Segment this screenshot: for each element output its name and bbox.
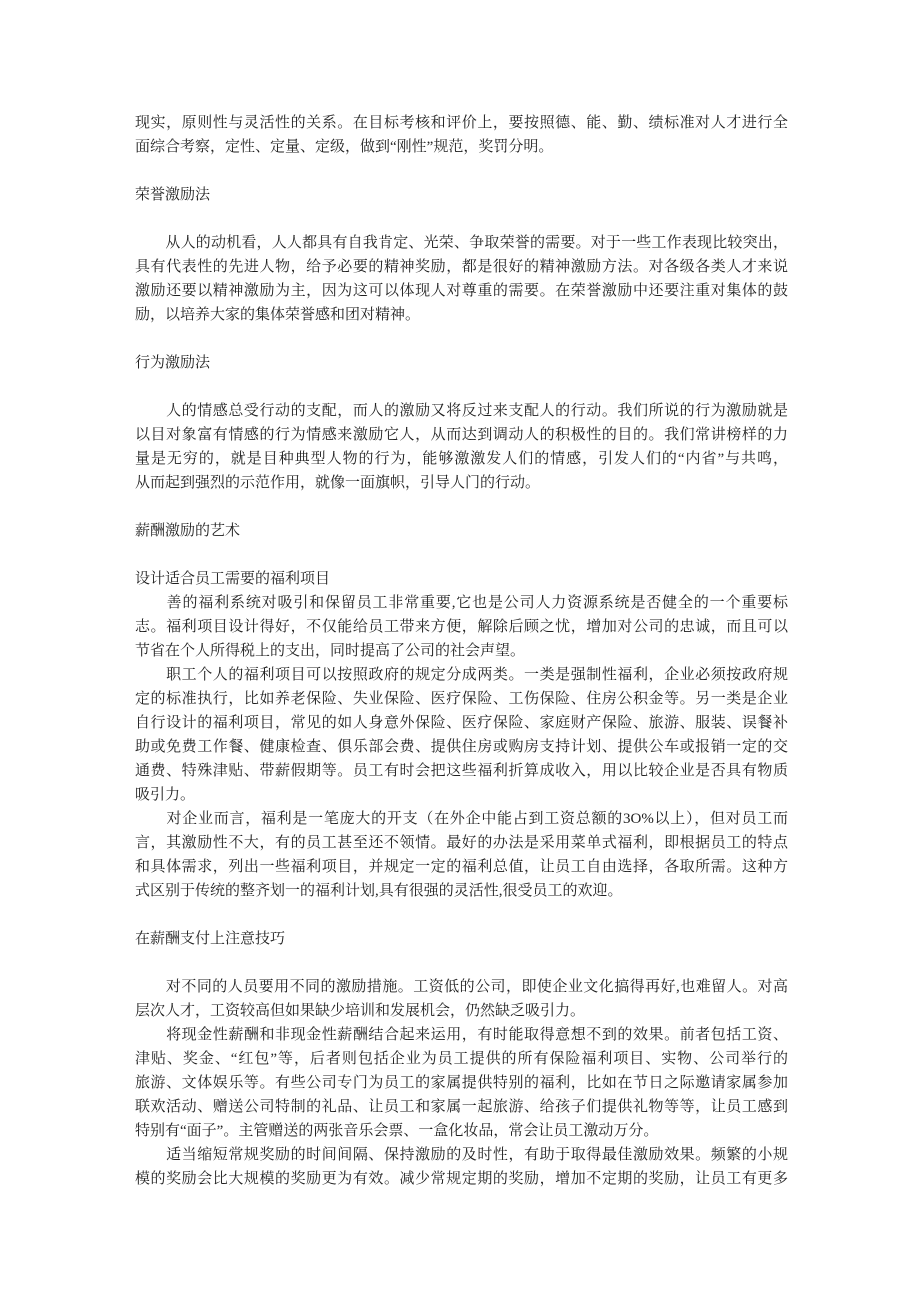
text-line: 励，以培养大家的集体荣誉感和团对精神。 [135,303,788,327]
text-line: 适当缩短常规奖励的时间间隔、保持激励的及时性，有助于取得最佳激励效果。频繁的小规 [135,1143,788,1167]
text-line: 式区别于传统的整齐划一的福利计划,具有很强的灵活性,很受员工的欢迎。 [135,879,788,903]
text-line: 吸引力。 [135,783,788,807]
paragraph: 将现金性薪酬和非现金性薪酬结合起来运用，有时能取得意想不到的效果。前者包括工资、… [135,1023,788,1143]
paragraph: 善的福利系统对吸引和保留员工非常重要,它也是公司人力资源系统是否健全的一个重要标… [135,591,788,663]
section-heading: 行为激励法 [135,351,788,375]
text-line: 层次人才，工资较高但如果缺少培训和发展机会，仍然缺乏吸引力。 [135,999,788,1023]
text-line: 现实，原则性与灵活性的关系。在目标考核和评价上，要按照德、能、勤、绩标准对人才进… [135,111,788,135]
blank-line [135,495,788,519]
text-line: 具有代表性的先进人物，给予必要的精神奖励，都是很好的精神激励方法。对各级各类人才… [135,255,788,279]
text-line: 节省在个人所得税上的支出，同时提高了公司的社会声望。 [135,639,788,663]
paragraph: 对不同的人员要用不同的激励措施。工资低的公司，即使企业文化搞得再好,也难留人。对… [135,975,788,1023]
text-line: 面综合考察，定性、定量、定级，做到“刚性”规范，奖罚分明。 [135,135,788,159]
text-line: 联欢活动、赠送公司特制的礼品、让员工和家属一起旅游、给孩子们提供礼物等等，让员工… [135,1095,788,1119]
text-line: 量是无穷的，就是目种典型人物的行为，能够激激发人们的情感，引发人们的“内省”与共… [135,447,788,471]
blank-line [135,327,788,351]
blank-line [135,951,788,975]
paragraph: 从人的动机看，人人都具有自我肯定、光荣、争取荣誉的需要。对于一些工作表现比较突出… [135,231,788,327]
heading-text: 设计适合员工需要的福利项目 [135,567,788,591]
text-line: 通费、特殊津贴、带薪假期等。员工有时会把这些福利折算成收入，用以比较企业是否具有… [135,759,788,783]
text-line: 自行设计的福利项目，常见的如人身意外保险、医疗保险、家庭财产保险、旅游、服装、误… [135,711,788,735]
blank-line [135,543,788,567]
text-line: 以目对象富有情感的行为情感来激励它人，从而达到调动人的积极性的目的。我们常讲榜样… [135,423,788,447]
text-line: 志。福利项目设计得好，不仅能给员工带来方便，解除后顾之忧，增加对公司的忠诚，而且… [135,615,788,639]
paragraph: 人的情感总受行动的支配，而人的激励又将反过来支配人的行动。我们所说的行为激励就是… [135,399,788,495]
heading-text: 荣誉激励法 [135,183,788,207]
blank-line [135,159,788,183]
text-line: 特别有“面子”。主管赠送的两张音乐会票、一盒化妆品，常会让员工激动万分。 [135,1119,788,1143]
text-line: 善的福利系统对吸引和保留员工非常重要,它也是公司人力资源系统是否健全的一个重要标 [135,591,788,615]
document-page: 现实，原则性与灵活性的关系。在目标考核和评价上，要按照德、能、勤、绩标准对人才进… [0,0,920,1301]
text-line: 助或免费工作餐、健康检查、俱乐部会费、提供住房或购房支持计划、提供公车或报销一定… [135,735,788,759]
text-line: 对企业而言，福利是一笔庞大的开支（在外企中能占到工资总额的3O%以上），但对员工… [135,807,788,831]
section-heading: 荣誉激励法 [135,183,788,207]
text-line: 旅游、文体娱乐等。有些公司专门为员工的家属提供特别的福利，比如在节日之际邀请家属… [135,1071,788,1095]
blank-line [135,207,788,231]
paragraph: 职工个人的福利项目可以按照政府的规定分成两类。一类是强制性福利，企业必须按政府规… [135,663,788,807]
document-content: 现实，原则性与灵活性的关系。在目标考核和评价上，要按照德、能、勤、绩标准对人才进… [135,111,788,1191]
heading-text: 在薪酬支付上注意技巧 [135,927,788,951]
text-line: 模的奖励会比大规模的奖励更为有效。减少常规定期的奖励，增加不定期的奖励，让员工有… [135,1167,788,1191]
text-line: 从而起到强烈的示范作用，就像一面旗帜，引导人门的行动。 [135,471,788,495]
text-line: 对不同的人员要用不同的激励措施。工资低的公司，即使企业文化搞得再好,也难留人。对… [135,975,788,999]
text-line: 激励还要以精神激励为主，因为这可以体现人对尊重的需要。在荣誉激励中还要注重对集体… [135,279,788,303]
blank-line [135,375,788,399]
text-line: 职工个人的福利项目可以按照政府的规定分成两类。一类是强制性福利，企业必须按政府规 [135,663,788,687]
text-line: 人的情感总受行动的支配，而人的激励又将反过来支配人的行动。我们所说的行为激励就是 [135,399,788,423]
text-line: 言，其激励性不大，有的员工甚至还不领情。最好的办法是采用菜单式福利，即根据员工的… [135,831,788,855]
paragraph: 现实，原则性与灵活性的关系。在目标考核和评价上，要按照德、能、勤、绩标准对人才进… [135,111,788,159]
heading-text: 薪酬激励的艺术 [135,519,788,543]
text-line: 从人的动机看，人人都具有自我肯定、光荣、争取荣誉的需要。对于一些工作表现比较突出… [135,231,788,255]
text-line: 津贴、奖金、“红包”等，后者则包括企业为员工提供的所有保险福利项目、实物、公司举… [135,1047,788,1071]
text-line: 定的标准执行，比如养老保险、失业保险、医疗保险、工伤保险、住房公积金等。另一类是… [135,687,788,711]
paragraph: 适当缩短常规奖励的时间间隔、保持激励的及时性，有助于取得最佳激励效果。频繁的小规… [135,1143,788,1191]
text-line: 和具体需求，列出一些福利项目，并规定一定的福利总值，让员工自由选择，各取所需。这… [135,855,788,879]
text-line: 将现金性薪酬和非现金性薪酬结合起来运用，有时能取得意想不到的效果。前者包括工资、 [135,1023,788,1047]
heading-text: 行为激励法 [135,351,788,375]
section-heading: 在薪酬支付上注意技巧 [135,927,788,951]
section-heading: 薪酬激励的艺术 [135,519,788,543]
blank-line [135,903,788,927]
paragraph: 对企业而言，福利是一笔庞大的开支（在外企中能占到工资总额的3O%以上），但对员工… [135,807,788,903]
section-heading: 设计适合员工需要的福利项目 [135,567,788,591]
